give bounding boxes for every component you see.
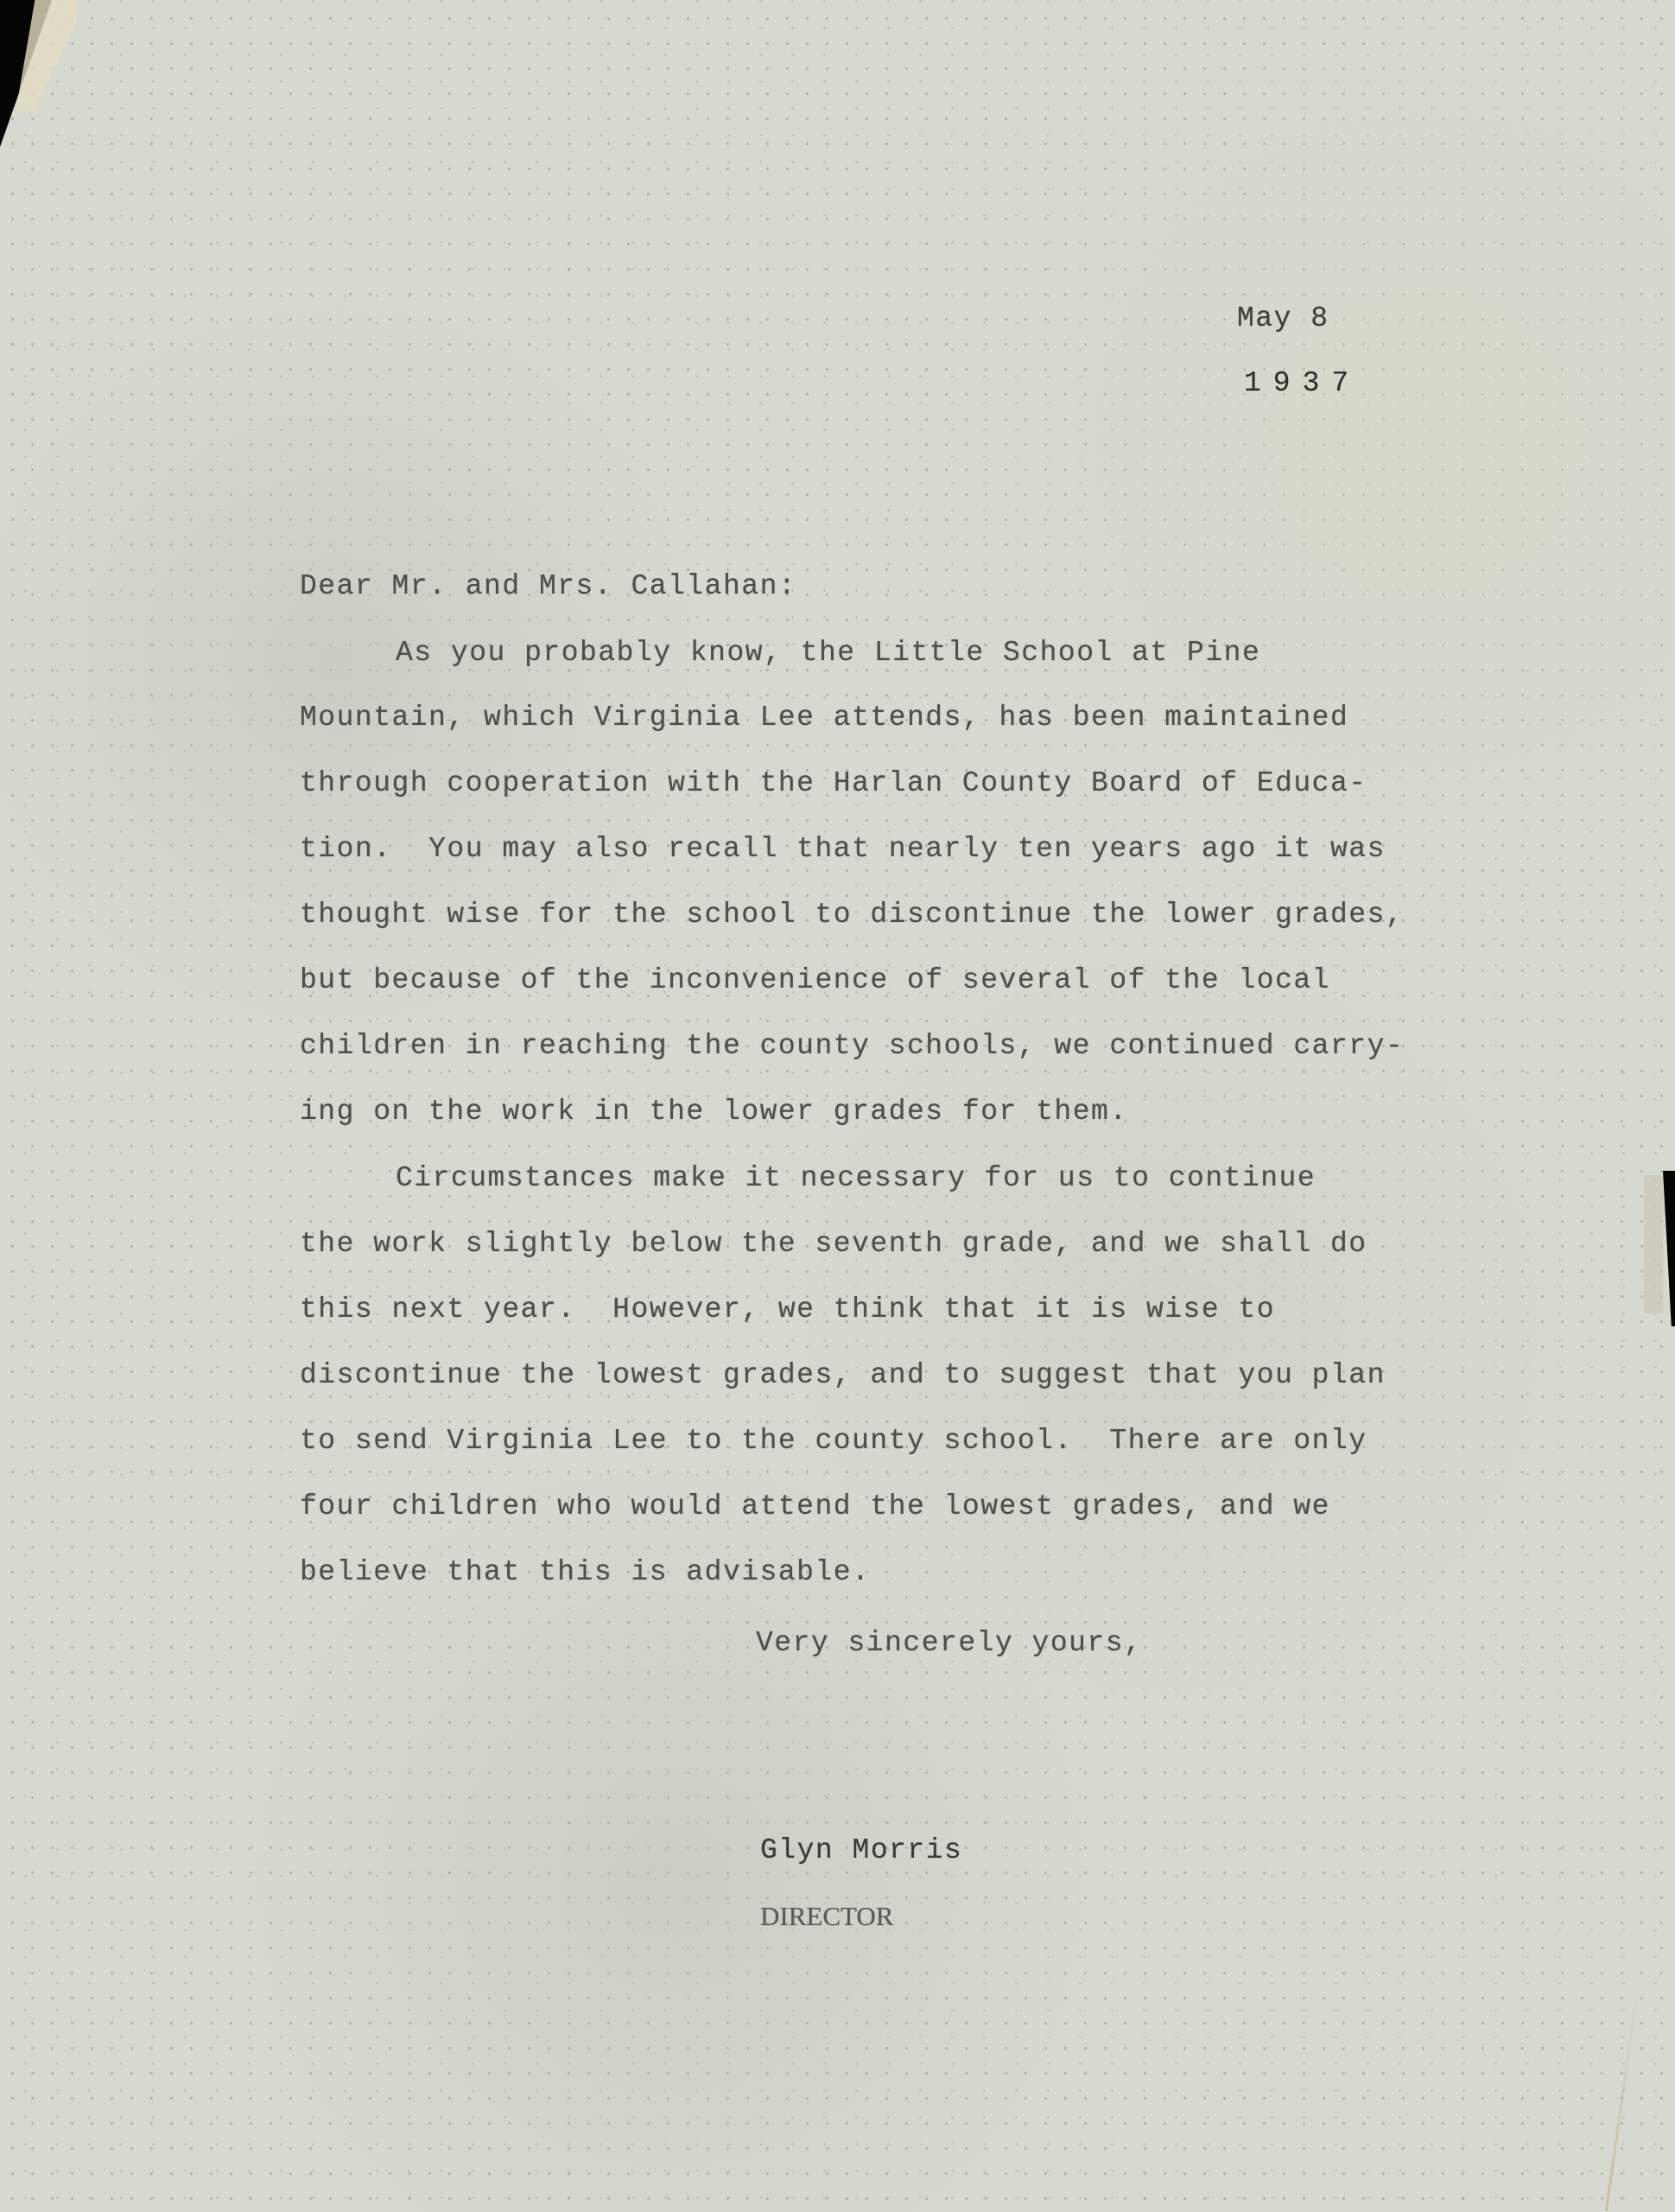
closing: Very sincerely yours, (756, 1627, 1142, 1659)
signature-name: Glyn Morris (760, 1834, 962, 1866)
right-edge-fold (1644, 1175, 1663, 1313)
paragraph-2-line-2: the work slightly below the seventh grad… (300, 1228, 1367, 1260)
paragraph-2-line-3: this next year. However, we think that i… (300, 1294, 1275, 1325)
paragraph-2-line-6: four children who would attend the lowes… (300, 1491, 1330, 1522)
paragraph-1-line-5: thought wise for the school to discontin… (300, 899, 1404, 931)
paragraph-2-line-5: to send Virginia Lee to the county schoo… (300, 1425, 1367, 1457)
paragraph-2-line-7: believe that this is advisable. (300, 1556, 870, 1588)
right-edge-tear (1663, 1171, 1675, 1326)
paragraph-1-line-3: through cooperation with the Harlan Coun… (300, 767, 1367, 799)
paragraph-1-line-8: ing on the work in the lower grades for … (300, 1096, 1128, 1128)
salutation: Dear Mr. and Mrs. Callahan: (300, 570, 796, 602)
signature-title: DIRECTOR (760, 1901, 893, 1932)
paragraph-1-line-6: but because of the inconvenience of seve… (300, 964, 1330, 996)
paragraph-2-line-4: discontinue the lowest grades, and to su… (300, 1359, 1386, 1391)
paragraph-1-line-2: Mountain, which Virginia Lee attends, ha… (300, 702, 1348, 734)
letter-page: May 8 1937 Dear Mr. and Mrs. Callahan: A… (0, 0, 1675, 2212)
letter-year: 1937 (1244, 367, 1361, 399)
paragraph-2-line-1: Circumstances make it necessary for us t… (396, 1162, 1316, 1194)
paragraph-1-line-1: As you probably know, the Little School … (396, 637, 1260, 669)
paragraph-1-line-7: children in reaching the county schools,… (300, 1030, 1404, 1062)
paragraph-1-line-4: tion. You may also recall that nearly te… (300, 833, 1386, 865)
letter-date: May 8 (1237, 302, 1329, 334)
paper-crease (1605, 1988, 1639, 2211)
